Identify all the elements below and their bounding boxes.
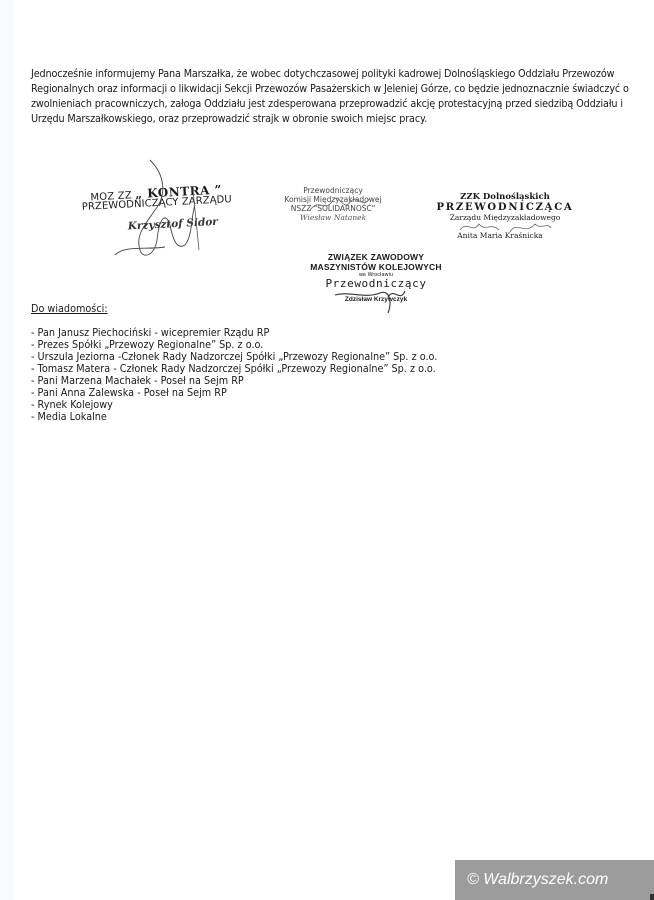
signature-zzk: ZZK Dolnośląskich PRZEWODNICZĄCA Zarządu… — [435, 192, 575, 241]
intro-paragraph: Jednocześnie informujemy Pana Marszałka,… — [31, 67, 631, 127]
list-item: - Media Lokalne — [31, 411, 496, 423]
signature-role: PRZEWODNICZĄCA — [435, 202, 575, 213]
signature-name: Krzysztof Sidor — [113, 215, 233, 233]
signature-kontra: MOZ ZZ „ KONTRA ” PRZEWODNICZĄCY ZARZĄDU… — [81, 182, 233, 235]
list-item: - Pan Janusz Piechociński - wicepremier … — [31, 327, 496, 339]
list-item: - Pani Marzena Machałek - Poseł na Sejm … — [31, 375, 496, 387]
signature-org: Zarządu Międzyzakładowego — [435, 213, 575, 223]
signature-role: Przewodniczący — [278, 186, 388, 195]
signature-name: Anita Maria Kraśnicka — [425, 231, 575, 241]
list-item: - Prezes Spółki „Przewozy Regionalne” Sp… — [31, 339, 496, 351]
signature-name: Wiesław Natanek — [278, 213, 388, 222]
signature-org: MASZYNISTÓW KOLEJOWYCH — [296, 262, 456, 272]
signature-name: Zdzisław Krzywczyk — [296, 295, 456, 304]
cc-heading: Do wiadomości: — [31, 303, 108, 315]
signature-org: NSZZ "SOLIDARNOŚĆ" — [278, 204, 388, 213]
signature-role: Przewodniczący — [296, 278, 456, 290]
list-item: - Urszula Jeziorna -Członek Rady Nadzorc… — [31, 351, 496, 363]
signature-zzm: ZWIĄZEK ZAWODOWY MASZYNISTÓW KOLEJOWYCH … — [296, 252, 456, 304]
signature-solidarnosc: Przewodniczący Komisji Międzyzakładowej … — [278, 186, 388, 222]
signature-org: Komisji Międzyzakładowej — [278, 195, 388, 204]
watermark: © Walbrzyszek.com — [455, 860, 654, 900]
list-item: - Rynek Kolejowy — [31, 399, 496, 411]
list-item: - Tomasz Matera - Członek Rady Nadzorcze… — [31, 363, 496, 375]
list-item: - Pani Anna Zalewska - Poseł na Sejm RP — [31, 387, 496, 399]
watermark-text: © Walbrzyszek.com — [467, 871, 608, 888]
scan-edge — [0, 0, 14, 900]
signature-org: ZWIĄZEK ZAWODOWY — [296, 252, 456, 262]
signature-org: ZZK Dolnośląskich — [435, 192, 575, 202]
cc-list: - Pan Janusz Piechociński - wicepremier … — [31, 327, 496, 423]
watermark-corner — [650, 894, 654, 900]
